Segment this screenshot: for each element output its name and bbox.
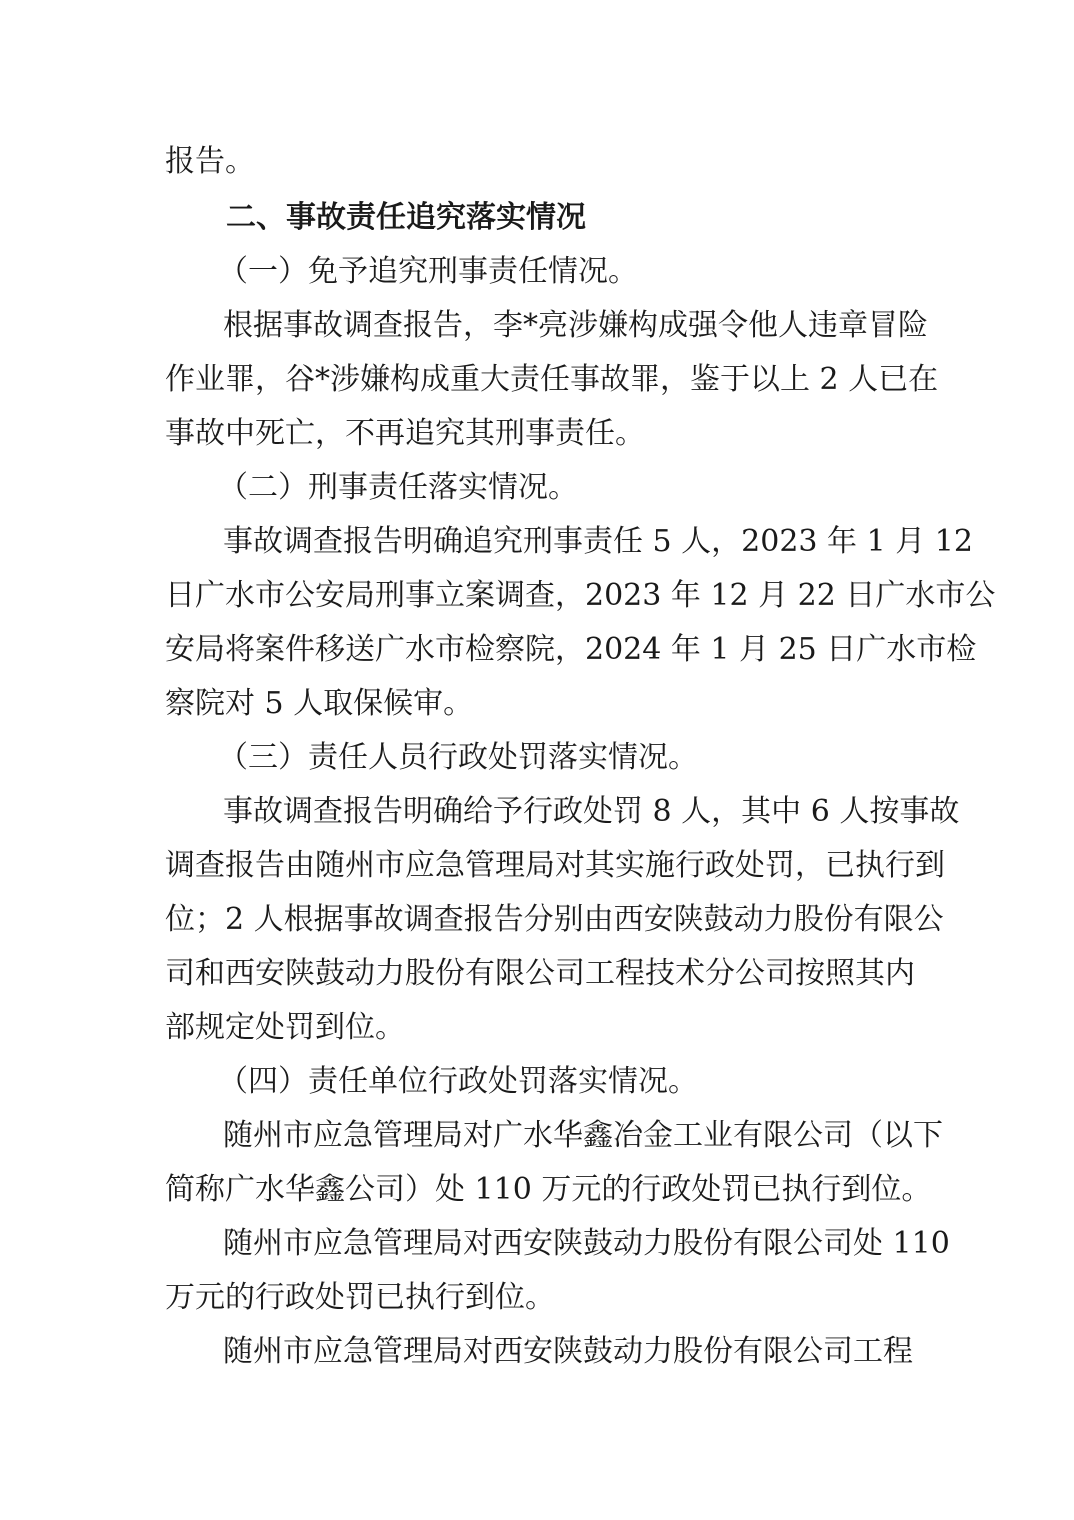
document-page: 报告。 二、事故责任追究落实情况 （一）免予追究刑事责任情况。 根据事故调查报告… xyxy=(0,0,1074,1520)
paragraph-line: 简称广水华鑫公司）处 110 万元的行政处罚已执行到位。 xyxy=(165,1170,913,1210)
paragraph-line: 位；2 人根据事故调查报告分别由西安陕鼓动力股份有限公 xyxy=(165,900,913,940)
paragraph-line: 事故中死亡，不再追究其刑事责任。 xyxy=(165,414,913,454)
paragraph-line: 安局将案件移送广水市检察院，2024 年 1 月 25 日广水市检 xyxy=(165,630,913,670)
paragraph-line: 万元的行政处罚已执行到位。 xyxy=(165,1278,913,1318)
subsection-heading: （二）刑事责任落实情况。 xyxy=(218,468,966,508)
paragraph-line: 察院对 5 人取保候审。 xyxy=(165,684,913,724)
paragraph-line: 司和西安陕鼓动力股份有限公司工程技术分公司按照其内 xyxy=(165,954,913,994)
paragraph-line: 部规定处罚到位。 xyxy=(165,1008,913,1048)
paragraph-line: 随州市应急管理局对西安陕鼓动力股份有限公司工程 xyxy=(223,1332,913,1372)
subsection-heading: （四）责任单位行政处罚落实情况。 xyxy=(218,1062,966,1102)
paragraph-line: 随州市应急管理局对西安陕鼓动力股份有限公司处 110 xyxy=(223,1224,913,1264)
paragraph-line: 随州市应急管理局对广水华鑫冶金工业有限公司（以下 xyxy=(223,1116,913,1156)
subsection-heading: （三）责任人员行政处罚落实情况。 xyxy=(218,738,966,778)
paragraph-line: 作业罪，谷*涉嫌构成重大责任事故罪，鉴于以上 2 人已在 xyxy=(165,360,913,400)
paragraph-line: 报告。 xyxy=(165,142,913,182)
paragraph-line: 调查报告由随州市应急管理局对其实施行政处罚，已执行到 xyxy=(165,846,913,886)
section-heading: 二、事故责任追究落实情况 xyxy=(226,198,974,238)
paragraph-line: 事故调查报告明确追究刑事责任 5 人，2023 年 1 月 12 xyxy=(223,522,913,562)
subsection-heading: （一）免予追究刑事责任情况。 xyxy=(218,252,966,292)
paragraph-line: 事故调查报告明确给予行政处罚 8 人，其中 6 人按事故 xyxy=(223,792,913,832)
paragraph-line: 根据事故调查报告，李*亮涉嫌构成强令他人违章冒险 xyxy=(223,306,913,346)
paragraph-line: 日广水市公安局刑事立案调查，2023 年 12 月 22 日广水市公 xyxy=(165,576,913,616)
